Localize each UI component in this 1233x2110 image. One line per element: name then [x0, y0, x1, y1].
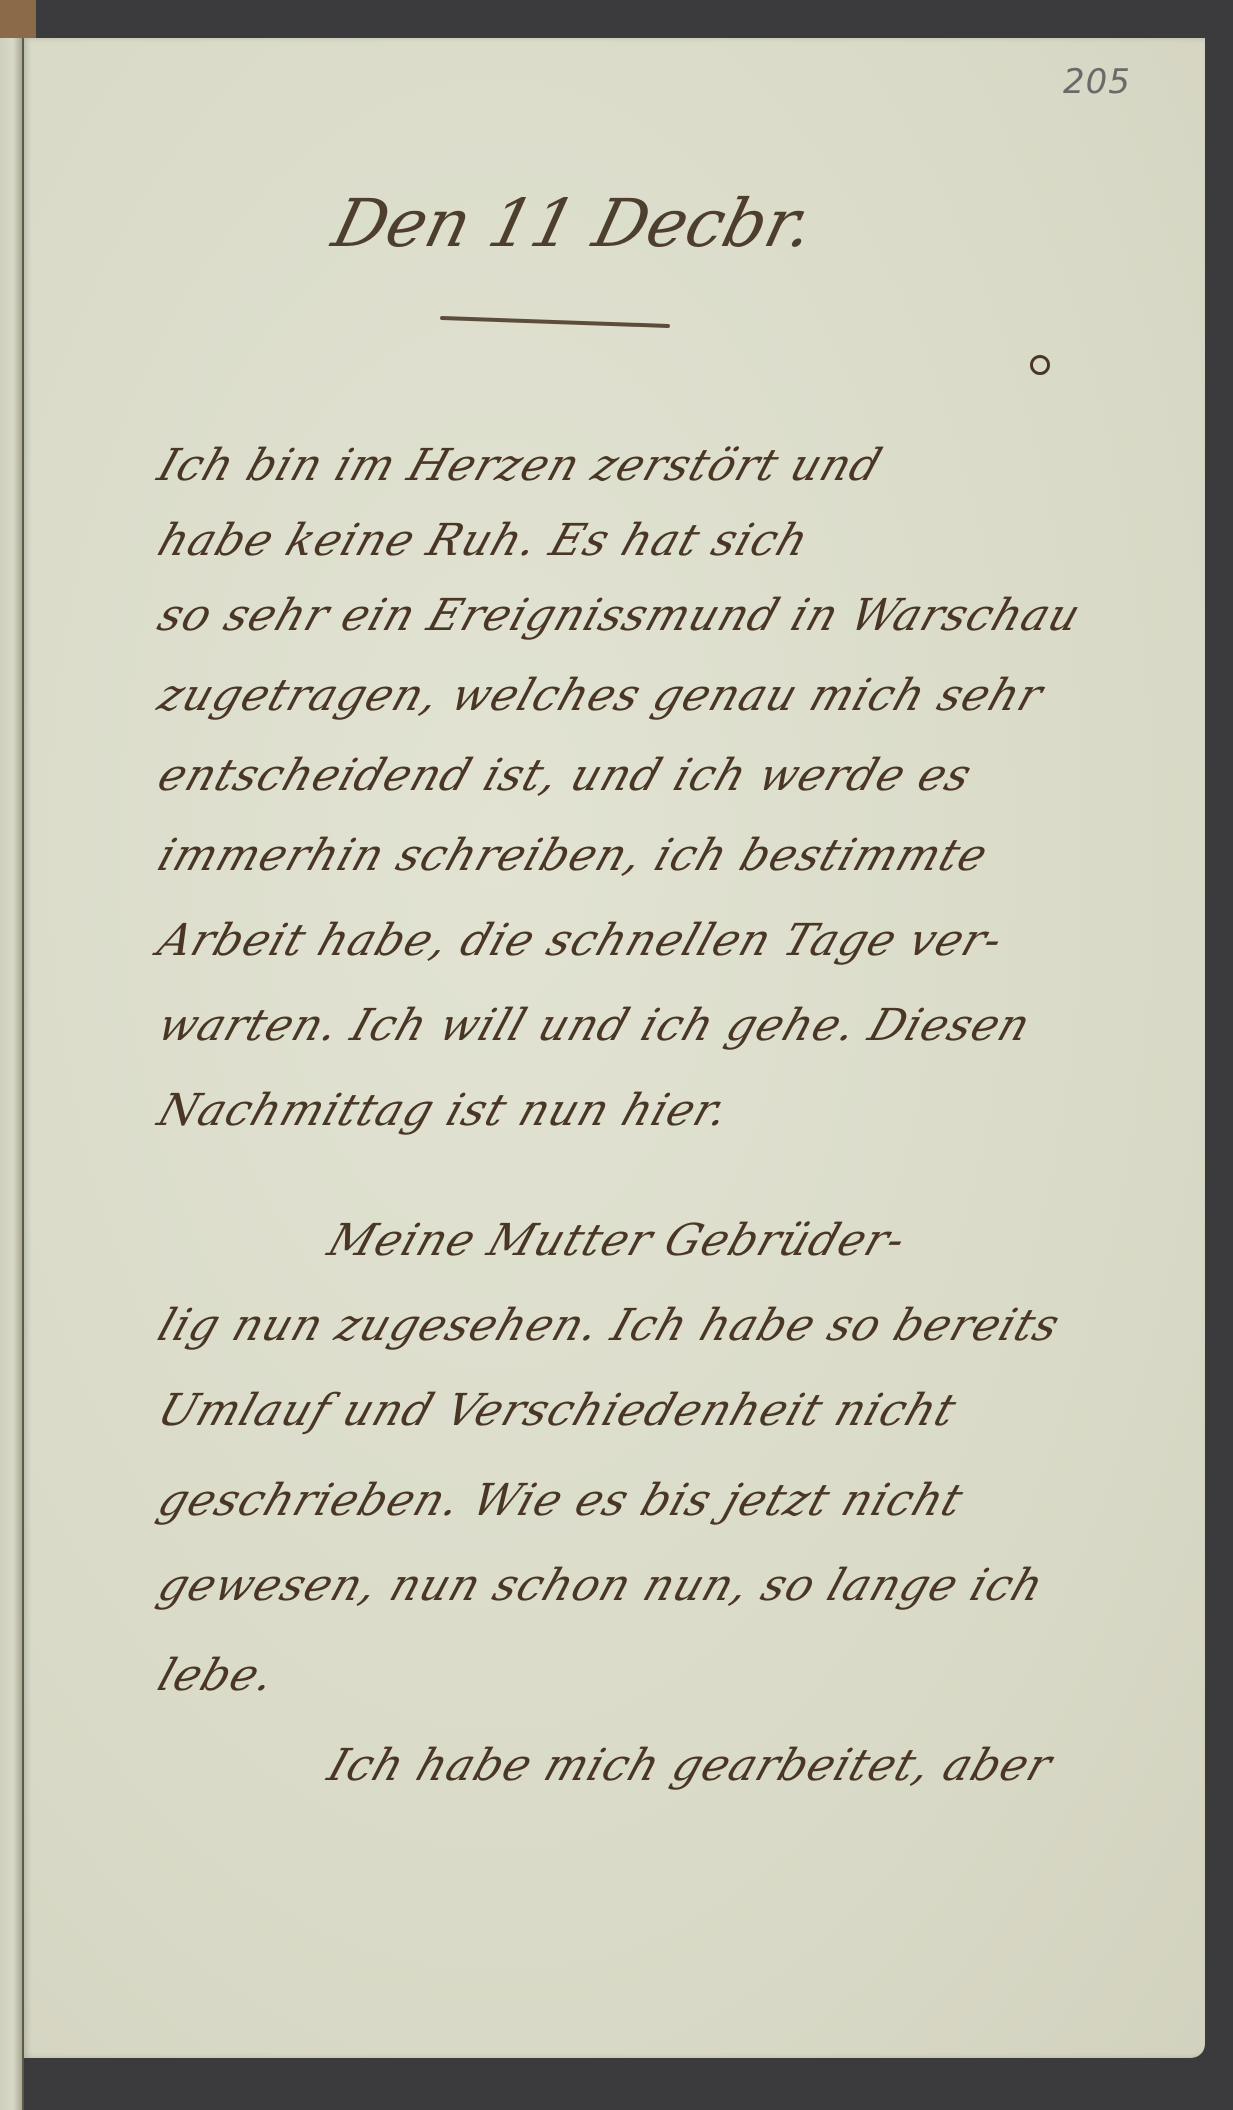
text-line: so sehr ein Ereignissmund in Warschau [152, 590, 1088, 641]
text-line: habe keine Ruh. Es hat sich [152, 515, 816, 566]
date-heading: Den 11 Decbr. [325, 185, 821, 262]
margin-mark [1030, 355, 1050, 375]
text-line: Meine Mutter Gebrüder- [322, 1215, 913, 1266]
text-line: Nachmittag ist nun hier. [152, 1085, 736, 1136]
text-line: zugetragen, welches genau mich sehr [152, 670, 1050, 721]
text-line: immerhin schreiben, ich bestimmte [152, 830, 995, 881]
text-line: geschrieben. Wie es bis jetzt nicht [152, 1475, 970, 1526]
text-line: gewesen, nun schon nun, so lange ich [152, 1560, 1051, 1611]
previous-page-edge [0, 38, 24, 2110]
text-line: Ich habe mich gearbeitet, aber [322, 1740, 1059, 1791]
text-line: entscheidend ist, und ich werde es [152, 750, 979, 801]
text-line: lig nun zugesehen. Ich habe so bereits [152, 1300, 1067, 1351]
text-line: Umlauf und Verschiedenheit nicht [152, 1385, 963, 1436]
book-spine [0, 0, 36, 40]
text-line: Arbeit habe, die schnellen Tage ver- [152, 915, 1010, 966]
text-line: lebe. [152, 1650, 282, 1701]
folio-number: 205 [1063, 62, 1131, 102]
text-line: warten. Ich will und ich gehe. Diesen [152, 1000, 1038, 1051]
text-line: Ich bin im Herzen zerstört und [152, 440, 889, 491]
